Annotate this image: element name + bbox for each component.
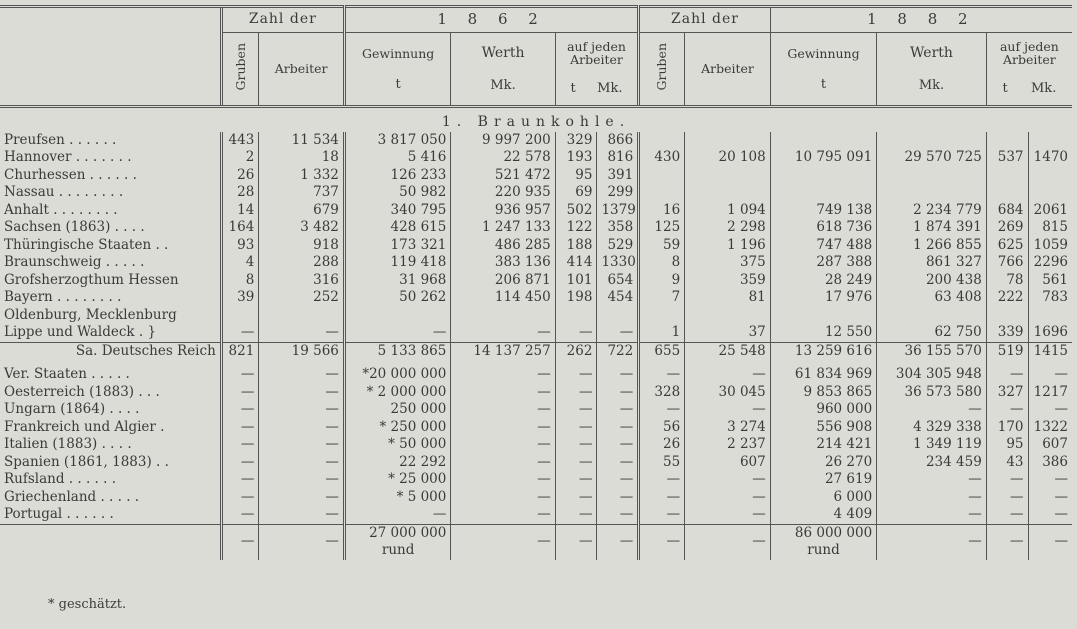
cell-a62: — [259, 401, 345, 419]
cell-a82 [685, 132, 771, 150]
cell-w82: — [877, 524, 987, 560]
cell-a82: 1 094 [685, 202, 771, 220]
row-label: Sa. Deutsches Reich [0, 342, 221, 360]
cell-g62: — [221, 454, 259, 472]
cell-t82: — [986, 506, 1028, 524]
cell-gew62: 126 233 [344, 167, 450, 185]
cell-gew82: 4 409 [770, 506, 876, 524]
cell-gew62: 173 321 [344, 237, 450, 255]
row-label: Thüringische Staaten . . [0, 237, 221, 255]
cell-w62: 936 957 [451, 202, 555, 220]
col-werth-1882: WerthMk. [877, 33, 987, 107]
cell-mk82 [1028, 184, 1072, 202]
cell-t62: 193 [555, 149, 597, 167]
cell-mk82 [1028, 307, 1072, 325]
cell-t82: 78 [986, 272, 1028, 290]
row-label: Grofsherzogthum Hessen [0, 272, 221, 290]
cell-t82: 625 [986, 237, 1028, 255]
cell-a62: — [259, 360, 345, 384]
foreign-table-row: Ver. Staaten . . . . .——*20 000 000—————… [0, 360, 1072, 384]
cell-g62: 2 [221, 149, 259, 167]
cell-gew82: 28 249 [770, 272, 876, 290]
col-gewinnung-1862: Gewinnungt [344, 33, 450, 107]
cell-w82: 29 570 725 [877, 149, 987, 167]
cell-w82: 861 327 [877, 254, 987, 272]
cell-a82: 607 [685, 454, 771, 472]
cell-g62: — [221, 506, 259, 524]
cell-a62: — [259, 419, 345, 437]
cell-mk82: — [1028, 360, 1072, 384]
cell-mk62: 529 [597, 237, 639, 255]
cell-a82: 2 298 [685, 219, 771, 237]
foreign-table-row: Portugal . . . . . .————————4 409——— [0, 506, 1072, 524]
cell-a82: 375 [685, 254, 771, 272]
header-count-1882: Zahl der [639, 7, 771, 33]
cell-t82 [986, 184, 1028, 202]
cell-gew62: 250 000 [344, 401, 450, 419]
sum-row: Sa. Deutsches Reich82119 5665 133 86514 … [0, 342, 1072, 360]
cell-g82 [639, 307, 685, 325]
cell-g82: 1 [639, 324, 685, 342]
cell-w62: — [451, 324, 555, 342]
cell-t62: — [555, 471, 597, 489]
cell-w62: — [451, 489, 555, 507]
table-body: 1. Braunkohle. Preufsen . . . . . .44311… [0, 107, 1072, 560]
cell-gew82: 287 388 [770, 254, 876, 272]
cell-w62 [451, 307, 555, 325]
cell-gew82: 214 421 [770, 436, 876, 454]
cell-t62: — [555, 324, 597, 342]
cell-g82: 55 [639, 454, 685, 472]
cell-w62: 220 935 [451, 184, 555, 202]
cell-a82: 3 274 [685, 419, 771, 437]
foreign-table-row: Spanien (1861, 1883) . .——22 292———55607… [0, 454, 1072, 472]
section-title: 1. Braunkohle. [0, 107, 1072, 132]
cell-g82: — [639, 506, 685, 524]
cell-t62: — [555, 436, 597, 454]
cell-gew62: 27 000 000rund [344, 524, 450, 560]
row-label: Sachsen (1863) . . . . [0, 219, 221, 237]
row-label [0, 524, 221, 560]
cell-gew62: 340 795 [344, 202, 450, 220]
cell-g62: — [221, 360, 259, 384]
cell-gew62: — [344, 506, 450, 524]
cell-a62: 316 [259, 272, 345, 290]
table-row: Nassau . . . . . . . .2873750 982220 935… [0, 184, 1072, 202]
cell-g82: — [639, 471, 685, 489]
row-label: Nassau . . . . . . . . [0, 184, 221, 202]
cell-t62: 188 [555, 237, 597, 255]
cell-g62: — [221, 524, 259, 560]
rounded-note: rund [775, 542, 872, 560]
cell-a82: — [685, 524, 771, 560]
cell-mk62: — [597, 419, 639, 437]
cell-w82: 36 155 570 [877, 342, 987, 360]
cell-a82: — [685, 489, 771, 507]
cell-a62: 11 534 [259, 132, 345, 150]
cell-g62: 14 [221, 202, 259, 220]
cell-a62: 19 566 [259, 342, 345, 360]
cell-mk82 [1028, 132, 1072, 150]
cell-w82: 36 573 580 [877, 384, 987, 402]
cell-g82: 7 [639, 289, 685, 307]
cell-mk82 [1028, 167, 1072, 185]
cell-w82 [877, 167, 987, 185]
cell-g82: 9 [639, 272, 685, 290]
cell-w82 [877, 184, 987, 202]
cell-w82: 234 459 [877, 454, 987, 472]
foreign-table-row: Griechenland . . . . .——* 5 000—————6 00… [0, 489, 1072, 507]
cell-a62: — [259, 524, 345, 560]
cell-w62: 9 997 200 [451, 132, 555, 150]
row-label: Churhessen . . . . . . [0, 167, 221, 185]
cell-a62: — [259, 436, 345, 454]
cell-mk62: — [597, 324, 639, 342]
cell-t82: 269 [986, 219, 1028, 237]
cell-gew82 [770, 132, 876, 150]
cell-g62: 443 [221, 132, 259, 150]
cell-w62: — [451, 471, 555, 489]
cell-t62: — [555, 489, 597, 507]
cell-gew62: 428 615 [344, 219, 450, 237]
cell-mk62: — [597, 401, 639, 419]
cell-g82: 26 [639, 436, 685, 454]
cell-a82: 359 [685, 272, 771, 290]
col-gruben-1882: Gruben [639, 33, 685, 107]
rounded-note: rund [350, 542, 446, 560]
world-total-row: ——27 000 000rund—————86 000 000rund——— [0, 524, 1072, 560]
cell-gew62: 3 817 050 [344, 132, 450, 150]
cell-a62: 737 [259, 184, 345, 202]
cell-g82 [639, 184, 685, 202]
cell-t62: — [555, 360, 597, 384]
cell-mk62: 358 [597, 219, 639, 237]
cell-gew62: * 250 000 [344, 419, 450, 437]
cell-g62: 28 [221, 184, 259, 202]
cell-t62: 122 [555, 219, 597, 237]
cell-t82: 170 [986, 419, 1028, 437]
cell-g62: — [221, 471, 259, 489]
cell-w62: — [451, 506, 555, 524]
cell-w82: 4 329 338 [877, 419, 987, 437]
cell-gew82: 10 795 091 [770, 149, 876, 167]
cell-t82: — [986, 489, 1028, 507]
cell-w82: — [877, 401, 987, 419]
col-arbeiter-1862: Arbeiter [259, 33, 345, 107]
cell-gew62: * 2 000 000 [344, 384, 450, 402]
cell-w62: — [451, 436, 555, 454]
scanned-table-page: Zahl der 1 8 6 2 Zahl der 1 8 8 2 Gruben… [0, 0, 1077, 629]
row-label: Anhalt . . . . . . . . [0, 202, 221, 220]
cell-w82: 1 874 391 [877, 219, 987, 237]
footnote: * geschätzt. [48, 597, 126, 612]
row-label: Braunschweig . . . . . [0, 254, 221, 272]
cell-t82 [986, 307, 1028, 325]
cell-w62: 114 450 [451, 289, 555, 307]
cell-w82: 2 234 779 [877, 202, 987, 220]
table-row: Churhessen . . . . . .261 332126 233521 … [0, 167, 1072, 185]
cell-w62: 383 136 [451, 254, 555, 272]
cell-mk82: 1322 [1028, 419, 1072, 437]
cell-w82: 63 408 [877, 289, 987, 307]
cell-w62: 1 247 133 [451, 219, 555, 237]
cell-g62: 821 [221, 342, 259, 360]
cell-t62: 414 [555, 254, 597, 272]
cell-g62: 164 [221, 219, 259, 237]
cell-mk82: 1059 [1028, 237, 1072, 255]
cell-gew82: 86 000 000rund [770, 524, 876, 560]
col-per-worker-1882: auf jeden ArbeitertMk. [986, 33, 1072, 107]
col-arbeiter-1882: Arbeiter [685, 33, 771, 107]
cell-t82 [986, 132, 1028, 150]
cell-a82 [685, 167, 771, 185]
foreign-table-row: Frankreich und Algier .——* 250 000———563… [0, 419, 1072, 437]
cell-gew62: *20 000 000 [344, 360, 450, 384]
cell-a62: — [259, 489, 345, 507]
cell-gew82: 9 853 865 [770, 384, 876, 402]
cell-mk82: 2296 [1028, 254, 1072, 272]
cell-gew82: 27 619 [770, 471, 876, 489]
cell-g82 [639, 132, 685, 150]
cell-gew82: 6 000 [770, 489, 876, 507]
cell-mk62: — [597, 360, 639, 384]
cell-a62 [259, 307, 345, 325]
cell-t82: 339 [986, 324, 1028, 342]
table-row: Preufsen . . . . . .44311 5343 817 0509 … [0, 132, 1072, 150]
cell-g62 [221, 307, 259, 325]
cell-g82: — [639, 524, 685, 560]
cell-t62 [555, 307, 597, 325]
cell-gew62: 50 262 [344, 289, 450, 307]
cell-mk62: — [597, 489, 639, 507]
cell-mk62: 654 [597, 272, 639, 290]
cell-gew82: 13 259 616 [770, 342, 876, 360]
cell-a62: 1 332 [259, 167, 345, 185]
header-row-groups: Zahl der 1 8 6 2 Zahl der 1 8 8 2 [0, 7, 1072, 33]
cell-g62: — [221, 436, 259, 454]
cell-a62: — [259, 471, 345, 489]
cell-gew82: 556 908 [770, 419, 876, 437]
foreign-table-row: Ungarn (1864) . . . .——250 000—————960 0… [0, 401, 1072, 419]
foreign-table-row: Rufsland . . . . . .——* 25 000—————27 61… [0, 471, 1072, 489]
cell-g82: 655 [639, 342, 685, 360]
cell-w82 [877, 132, 987, 150]
cell-t82: — [986, 471, 1028, 489]
cell-gew82: 749 138 [770, 202, 876, 220]
cell-mk82: 1470 [1028, 149, 1072, 167]
cell-t62: 329 [555, 132, 597, 150]
cell-w62: 521 472 [451, 167, 555, 185]
cell-t62: — [555, 401, 597, 419]
cell-t82 [986, 167, 1028, 185]
table-row: Thüringische Staaten . .93918173 321486 … [0, 237, 1072, 255]
row-label: Frankreich und Algier . [0, 419, 221, 437]
cell-a62: 679 [259, 202, 345, 220]
cell-mk62: — [597, 454, 639, 472]
lignite-statistics-table: Zahl der 1 8 6 2 Zahl der 1 8 8 2 Gruben… [0, 5, 1072, 560]
table-row: Bayern . . . . . . . .3925250 262114 450… [0, 289, 1072, 307]
cell-mk82: 1415 [1028, 342, 1072, 360]
cell-mk62: — [597, 471, 639, 489]
cell-t62: 198 [555, 289, 597, 307]
cell-mk62 [597, 307, 639, 325]
cell-mk82: 386 [1028, 454, 1072, 472]
cell-gew62: 50 982 [344, 184, 450, 202]
cell-w82: 1 266 855 [877, 237, 987, 255]
cell-g62: 93 [221, 237, 259, 255]
cell-a82: 20 108 [685, 149, 771, 167]
header-count-1862: Zahl der [221, 7, 344, 33]
table-row: Hannover . . . . . . .2185 41622 5781938… [0, 149, 1072, 167]
cell-a62: 288 [259, 254, 345, 272]
cell-gew82: 12 550 [770, 324, 876, 342]
cell-gew82 [770, 184, 876, 202]
cell-mk62: — [597, 384, 639, 402]
row-label: Italien (1883) . . . . [0, 436, 221, 454]
cell-g62: 4 [221, 254, 259, 272]
cell-w62: — [451, 401, 555, 419]
cell-t62: 101 [555, 272, 597, 290]
cell-a62: — [259, 454, 345, 472]
cell-mk62: — [597, 524, 639, 560]
cell-g62: 26 [221, 167, 259, 185]
cell-gew62: * 5 000 [344, 489, 450, 507]
table-row: Grofsherzogthum Hessen831631 968206 8711… [0, 272, 1072, 290]
cell-t82: 537 [986, 149, 1028, 167]
cell-gew62: — [344, 324, 450, 342]
cell-gew82: 17 976 [770, 289, 876, 307]
cell-mk62: — [597, 436, 639, 454]
cell-w62: 14 137 257 [451, 342, 555, 360]
header-year-1862: 1 8 6 2 [344, 7, 638, 33]
cell-w82 [877, 307, 987, 325]
cell-w82: 304 305 948 [877, 360, 987, 384]
cell-mk82: — [1028, 471, 1072, 489]
cell-t62: — [555, 506, 597, 524]
cell-t82: — [986, 401, 1028, 419]
cell-w82: — [877, 471, 987, 489]
cell-t82: 222 [986, 289, 1028, 307]
row-label: Rufsland . . . . . . [0, 471, 221, 489]
foreign-table-row: Italien (1883) . . . .——* 50 000———262 2… [0, 436, 1072, 454]
cell-a62: 18 [259, 149, 345, 167]
cell-t62: — [555, 524, 597, 560]
cell-t62: 69 [555, 184, 597, 202]
row-label: Portugal . . . . . . [0, 506, 221, 524]
cell-a82: — [685, 360, 771, 384]
row-label: Oesterreich (1883) . . . [0, 384, 221, 402]
cell-t82: 327 [986, 384, 1028, 402]
cell-t62: 95 [555, 167, 597, 185]
cell-mk82: 561 [1028, 272, 1072, 290]
table-row: Sachsen (1863) . . . .1643 482428 6151 2… [0, 219, 1072, 237]
cell-w62: — [451, 384, 555, 402]
cell-g82: 8 [639, 254, 685, 272]
cell-t82: — [986, 360, 1028, 384]
cell-g62: — [221, 401, 259, 419]
cell-g82: — [639, 489, 685, 507]
cell-mk62: 391 [597, 167, 639, 185]
cell-gew62: * 50 000 [344, 436, 450, 454]
table-row: Oldenburg, Mecklenburg [0, 307, 1072, 325]
cell-t82: 766 [986, 254, 1028, 272]
cell-t82: 684 [986, 202, 1028, 220]
cell-a62: — [259, 384, 345, 402]
cell-mk82: — [1028, 401, 1072, 419]
cell-t62: 502 [555, 202, 597, 220]
cell-w82: — [877, 489, 987, 507]
cell-mk62: 722 [597, 342, 639, 360]
cell-t62: — [555, 419, 597, 437]
cell-gew82: 747 488 [770, 237, 876, 255]
row-label: Bayern . . . . . . . . [0, 289, 221, 307]
cell-t62: — [555, 384, 597, 402]
row-label: Oldenburg, Mecklenburg [0, 307, 221, 325]
cell-a82: 37 [685, 324, 771, 342]
cell-a62: 918 [259, 237, 345, 255]
cell-t82: 95 [986, 436, 1028, 454]
cell-g62: 39 [221, 289, 259, 307]
table-row: Lippe und Waldeck . }——————13712 55062 7… [0, 324, 1072, 342]
cell-mk62: 299 [597, 184, 639, 202]
cell-a62: 252 [259, 289, 345, 307]
col-werth-1862: WerthMk. [451, 33, 555, 107]
cell-g82: 430 [639, 149, 685, 167]
cell-g62: 8 [221, 272, 259, 290]
row-label: Preufsen . . . . . . [0, 132, 221, 150]
row-label: Spanien (1861, 1883) . . [0, 454, 221, 472]
cell-w82: — [877, 506, 987, 524]
table-row: Braunschweig . . . . .4288119 418383 136… [0, 254, 1072, 272]
cell-a82 [685, 184, 771, 202]
cell-t62: — [555, 454, 597, 472]
cell-mk62: 866 [597, 132, 639, 150]
cell-g62: — [221, 419, 259, 437]
row-label: Lippe und Waldeck . } [0, 324, 221, 342]
cell-a62: — [259, 324, 345, 342]
cell-a82: — [685, 506, 771, 524]
row-label: Hannover . . . . . . . [0, 149, 221, 167]
cell-gew82: 26 270 [770, 454, 876, 472]
cell-g62: — [221, 324, 259, 342]
cell-w82: 62 750 [877, 324, 987, 342]
cell-g82: 16 [639, 202, 685, 220]
cell-a82: 1 196 [685, 237, 771, 255]
cell-g82 [639, 167, 685, 185]
cell-mk62: 1330 [597, 254, 639, 272]
row-label: Ver. Staaten . . . . . [0, 360, 221, 384]
cell-g62: — [221, 384, 259, 402]
cell-gew82: 960 000 [770, 401, 876, 419]
cell-g62: — [221, 489, 259, 507]
cell-a82: 81 [685, 289, 771, 307]
cell-mk62: 1379 [597, 202, 639, 220]
table-row: Anhalt . . . . . . . .14679340 795936 95… [0, 202, 1072, 220]
cell-gew62: * 25 000 [344, 471, 450, 489]
cell-w62: 206 871 [451, 272, 555, 290]
cell-gew62 [344, 307, 450, 325]
foreign-table-row: Oesterreich (1883) . . .——* 2 000 000———… [0, 384, 1072, 402]
col-gewinnung-1882: Gewinnungt [770, 33, 876, 107]
cell-mk82: 815 [1028, 219, 1072, 237]
cell-w62: — [451, 360, 555, 384]
cell-g82: 328 [639, 384, 685, 402]
section-heading-row: 1. Braunkohle. [0, 107, 1072, 132]
cell-w82: 200 438 [877, 272, 987, 290]
cell-gew62: 31 968 [344, 272, 450, 290]
cell-w62: — [451, 419, 555, 437]
row-label: Griechenland . . . . . [0, 489, 221, 507]
